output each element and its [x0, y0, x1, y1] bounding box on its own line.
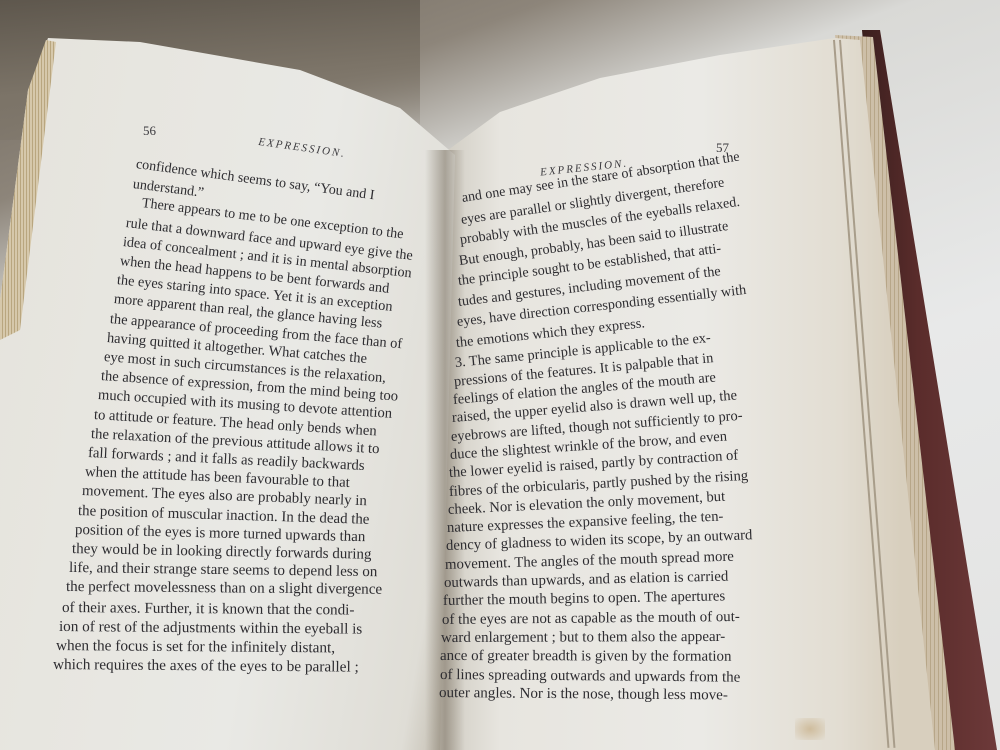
text-line: ward enlargement ; but to them also the … [441, 630, 725, 646]
text-line: of the eyes are not as capable as the mo… [442, 610, 740, 628]
text-line: outer angles. Nor is the nose, though le… [439, 686, 728, 704]
left-page-number: 56 [143, 123, 156, 139]
text-line: when the focus is set for the infinitely… [56, 638, 335, 656]
text-line: which requires the axes of the eyes to b… [53, 657, 359, 675]
text-line: of lines spreading outwards and upwards … [439, 668, 739, 686]
text-line: ance of greater breadth is given by the … [440, 649, 732, 665]
paper-stain [795, 718, 825, 740]
text-line: of their axes. Further, it is known that… [62, 600, 355, 618]
text-line: ion of rest of the adjustments within th… [59, 619, 362, 637]
open-book: 56 EXPRESSION. confidence which seems to… [0, 0, 1000, 750]
